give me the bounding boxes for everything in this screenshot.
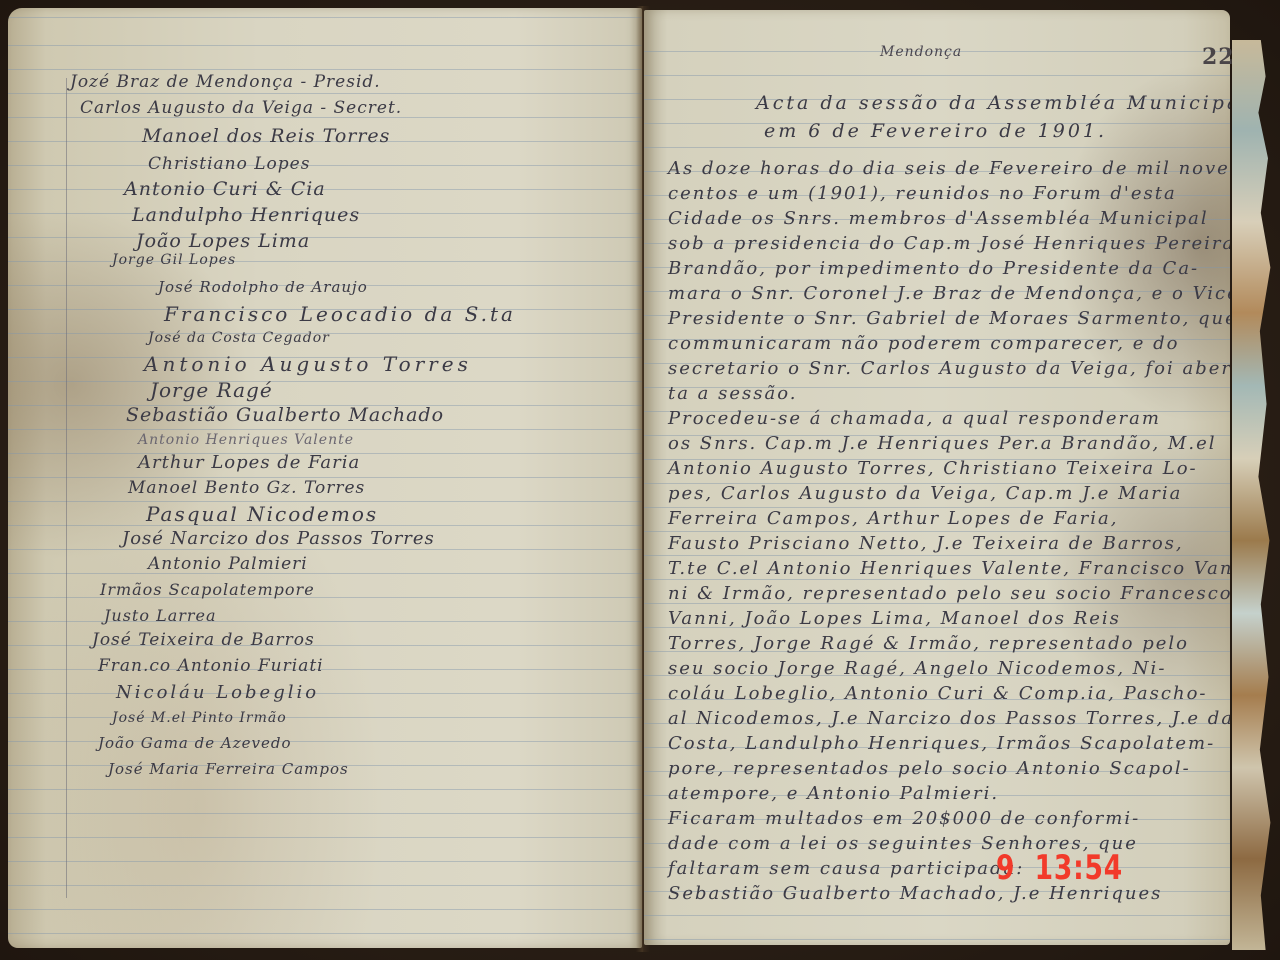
signature-line: Francisco Leocadio da S.ta — [164, 302, 516, 326]
left-page: Jozé Braz de Mendonça - Presid. Carlos A… — [8, 8, 642, 948]
body-line: mara o Snr. Coronel J.e Braz de Mendonça… — [668, 283, 1230, 304]
signature-line: Manoel Bento Gz. Torres — [128, 478, 365, 498]
signature-line: João Lopes Lima — [136, 230, 310, 252]
body-line: seu socio Jorge Ragé, Angelo Nicodemos, … — [668, 658, 1166, 679]
body-line: ni & Irmão, representado pelo seu socio … — [668, 583, 1230, 604]
body-line: Brandão, por impedimento do Presidente d… — [668, 258, 1199, 279]
margin-line — [66, 78, 67, 898]
body-line: al Nicodemos, J.e Narcizo dos Passos Tor… — [668, 708, 1230, 729]
signature-line: Justo Larrea — [104, 606, 217, 625]
body-line: atempore, e Antonio Palmieri. — [668, 783, 999, 804]
body-line: faltaram sem causa participada: — [668, 858, 1024, 879]
right-page: Mendonça Acta da sessão da Assembléa Mun… — [644, 10, 1230, 945]
body-line: Torres, Jorge Ragé & Irmão, representado… — [668, 633, 1189, 654]
body-line: pore, representados pelo socio Antonio S… — [668, 758, 1191, 779]
body-line: Presidente o Snr. Gabriel de Moraes Sarm… — [668, 308, 1230, 329]
body-line: communicaram não poderem comparecer, e d… — [668, 333, 1179, 354]
page-header: Mendonça — [880, 44, 962, 60]
signature-line: Arthur Lopes de Faria — [138, 452, 360, 473]
signature-line: Landulpho Henriques — [132, 204, 360, 226]
signature-line: Antonio Henriques Valente — [138, 432, 354, 448]
signature-line: Antonio Curi & Cia — [124, 178, 326, 200]
body-line: As doze horas do dia seis de Fevereiro d… — [668, 158, 1230, 179]
body-line: sob a presidencia do Cap.m José Henrique… — [668, 233, 1230, 254]
signature-line: Sebastião Gualberto Machado — [126, 404, 444, 426]
signature-line: José da Costa Cegador — [148, 330, 330, 346]
body-line: Fausto Prisciano Netto, J.e Teixeira de … — [668, 533, 1184, 554]
signature-line: Manoel dos Reis Torres — [142, 125, 390, 147]
signature-line: Antonio Palmieri — [148, 554, 308, 574]
camera-timestamp: 9 13:54 — [996, 848, 1123, 888]
body-line: coláu Lobeglio, Antonio Curi & Comp.ia, … — [668, 683, 1207, 704]
body-line: Ferreira Campos, Arthur Lopes de Faria, — [668, 508, 1118, 529]
signature-line: Pasqual Nicodemos — [146, 502, 378, 526]
body-line: ta a sessão. — [668, 383, 797, 404]
body-line: secretario o Snr. Carlos Augusto da Veig… — [668, 358, 1230, 379]
signature-line: José Narcizo dos Passos Torres — [122, 528, 435, 549]
body-line: Cidade os Snrs. membros d'Assembléa Muni… — [668, 208, 1209, 229]
photograph-ledger: Jozé Braz de Mendonça - Presid. Carlos A… — [0, 0, 1280, 960]
signature-line: Jozé Braz de Mendonça - Presid. — [70, 72, 381, 92]
signature-line: José Teixeira de Barros — [92, 630, 315, 650]
body-line: os Snrs. Cap.m J.e Henriques Per.a Brand… — [668, 433, 1217, 454]
body-line: Costa, Landulpho Henriques, Irmãos Scapo… — [668, 733, 1215, 754]
body-line: pes, Carlos Augusto da Veiga, Cap.m J.e … — [668, 483, 1182, 504]
page-number: 22 — [1202, 44, 1235, 70]
document-date: em 6 de Fevereiro de 1901. — [764, 120, 1107, 142]
document-title: Acta da sessão da Assembléa Municipal — [756, 92, 1230, 114]
body-line: centos e um (1901), reunidos no Forum d'… — [668, 183, 1177, 204]
signature-line: Christiano Lopes — [148, 154, 310, 174]
torn-page-edge — [1232, 40, 1280, 950]
signature-line: Antonio Augusto Torres — [144, 352, 472, 376]
signature-line: José Rodolpho de Araujo — [158, 278, 368, 296]
signature-line: Fran.co Antonio Furiati — [98, 656, 324, 676]
signature-line: Nicoláu Lobeglio — [116, 682, 319, 703]
body-line: Vanni, João Lopes Lima, Manoel dos Reis — [668, 608, 1121, 629]
signature-line: Irmãos Scapolatempore — [100, 580, 315, 599]
signature-line: Jorge Ragé — [150, 378, 273, 402]
body-line: Ficaram multados em 20$000 de conformi- — [668, 808, 1140, 829]
body-line: Procedeu-se á chamada, a qual respondera… — [668, 408, 1161, 429]
signature-line: José M.el Pinto Irmão — [112, 710, 287, 726]
signature-line: João Gama de Azevedo — [98, 734, 292, 752]
signature-line: Carlos Augusto da Veiga - Secret. — [80, 98, 402, 118]
signature-line: Jorge Gil Lopes — [112, 252, 236, 268]
body-line: Antonio Augusto Torres, Christiano Teixe… — [668, 458, 1198, 479]
signature-line: José Maria Ferreira Campos — [108, 760, 349, 778]
body-line: T.te C.el Antonio Henriques Valente, Fra… — [668, 558, 1230, 579]
